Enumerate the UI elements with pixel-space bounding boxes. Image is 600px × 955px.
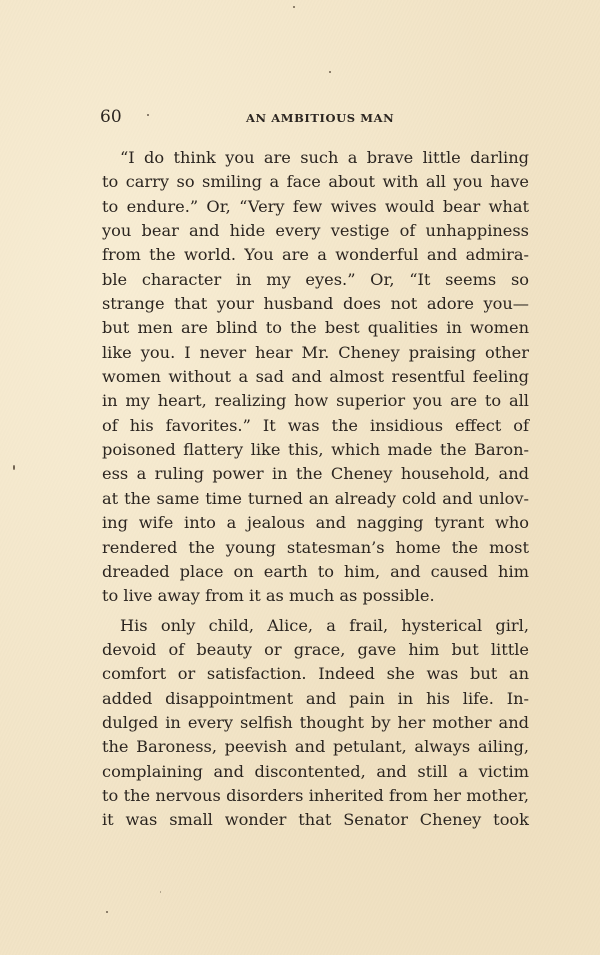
text-line: ing wife into a jealous and nagging tyra… bbox=[102, 511, 529, 535]
text-line: comfort or satisfaction. Indeed she was … bbox=[102, 662, 529, 686]
text-line: “I do think you are such a brave little … bbox=[102, 146, 529, 170]
text-line: but men are blind to the best qualities … bbox=[102, 316, 529, 340]
text-line: women without a sad and almost resentful… bbox=[102, 365, 529, 389]
text-line: to carry so smiling a face about with al… bbox=[102, 170, 529, 194]
text-line: you bear and hide every vestige of unhap… bbox=[102, 219, 529, 243]
text-line: from the world. You are a wonderful and … bbox=[102, 243, 529, 267]
text-line: rendered the young statesman’s home the … bbox=[102, 536, 529, 560]
paper-speck bbox=[13, 465, 15, 470]
running-head: 60 AN AMBITIOUS MAN bbox=[100, 106, 528, 128]
text-line: of his favorites.” It was the insidious … bbox=[102, 414, 529, 438]
text-line: ble character in my eyes.” Or, “It seems… bbox=[102, 268, 529, 292]
text-line: to the nervous disorders inherited from … bbox=[102, 784, 529, 808]
text-line: to endure.” Or, “Very few wives would be… bbox=[102, 195, 529, 219]
text-line: poisoned flattery like this, which made … bbox=[102, 438, 529, 462]
paper-speck bbox=[329, 71, 331, 73]
page-number: 60 bbox=[100, 106, 122, 128]
paper-speck bbox=[293, 6, 295, 8]
text-line: His only child, Alice, a frail, hysteric… bbox=[102, 614, 529, 638]
text-line: in my heart, realizing how superior you … bbox=[102, 389, 529, 413]
text-line: dulged in every selfish thought by her m… bbox=[102, 711, 529, 735]
body-text: “I do think you are such a brave little … bbox=[102, 146, 529, 833]
text-line: at the same time turned an already cold … bbox=[102, 487, 529, 511]
paper-speck bbox=[160, 891, 161, 893]
printing-speck bbox=[147, 114, 149, 116]
text-line: dreaded place on earth to him, and cause… bbox=[102, 560, 529, 584]
text-line: complaining and discontented, and still … bbox=[102, 760, 529, 784]
text-line: like you. I never hear Mr. Cheney praisi… bbox=[102, 341, 529, 365]
paper-speck bbox=[106, 911, 108, 913]
book-page: 60 AN AMBITIOUS MAN “I do think you are … bbox=[0, 0, 600, 955]
text-line: to live away from it as much as possible… bbox=[102, 584, 529, 608]
running-head-title: AN AMBITIOUS MAN bbox=[246, 109, 394, 127]
text-line: added disappointment and pain in his lif… bbox=[102, 687, 529, 711]
text-line: it was small wonder that Senator Cheney … bbox=[102, 808, 529, 832]
text-line: ess a ruling power in the Cheney househo… bbox=[102, 462, 529, 486]
text-line: devoid of beauty or grace, gave him but … bbox=[102, 638, 529, 662]
text-line: the Baroness, peevish and petulant, alwa… bbox=[102, 735, 529, 759]
text-line: strange that your husband does not adore… bbox=[102, 292, 529, 316]
